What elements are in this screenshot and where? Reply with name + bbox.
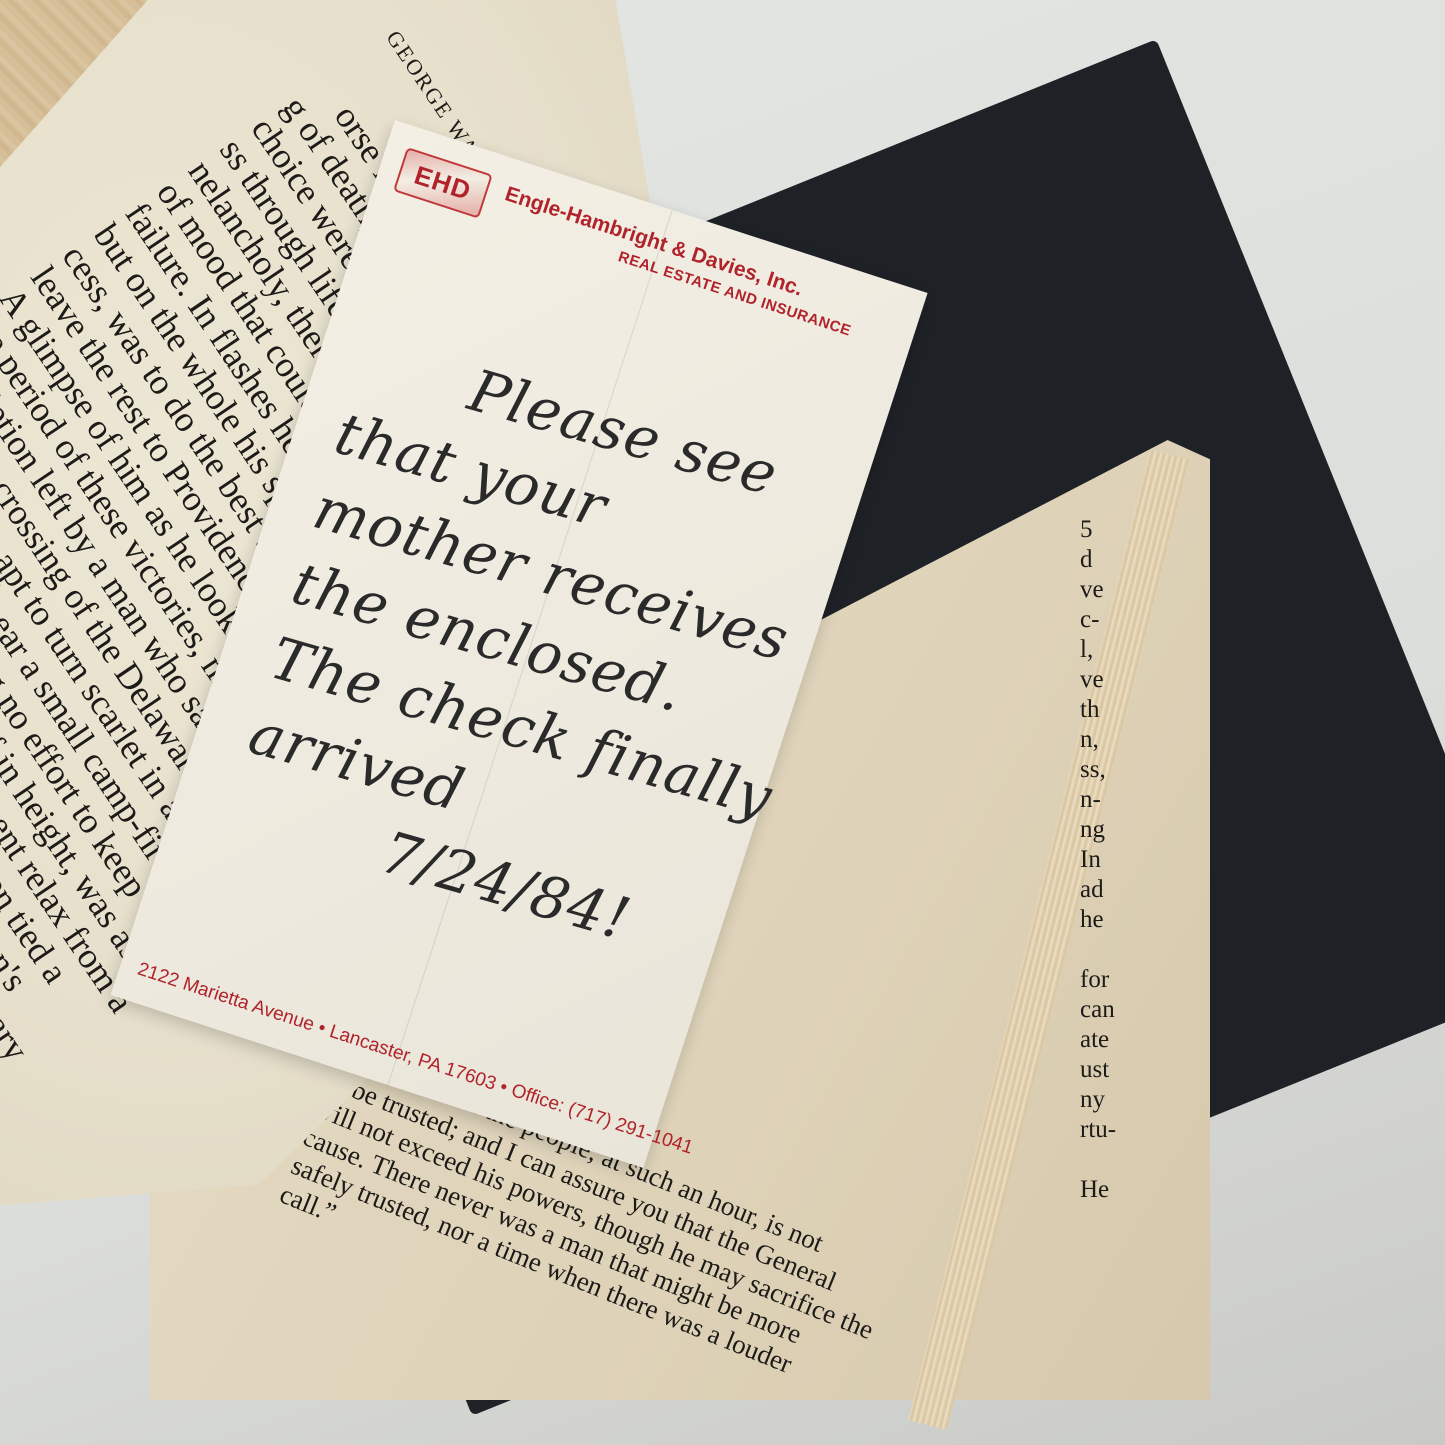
margin-fragment: n- bbox=[1080, 785, 1116, 815]
margin-fragment: n, bbox=[1080, 725, 1116, 755]
margin-fragment: can bbox=[1080, 995, 1116, 1025]
margin-fragment: In bbox=[1080, 845, 1116, 875]
margin-fragment: l, bbox=[1080, 635, 1116, 665]
margin-fragment: he bbox=[1080, 905, 1116, 935]
margin-fragment: rtu- bbox=[1080, 1115, 1116, 1145]
ehd-logo-icon: EHD bbox=[393, 147, 493, 219]
margin-fragment: He bbox=[1080, 1175, 1116, 1205]
photo-scene: 5dvec-l,vethn,ss,n-ngInadhe forcanateust… bbox=[0, 0, 1445, 1445]
margin-fragment: ate bbox=[1080, 1025, 1116, 1055]
margin-fragment: ve bbox=[1080, 665, 1116, 695]
right-page-margin-text: 5dvec-l,vethn,ss,n-ngInadhe forcanateust… bbox=[1080, 515, 1116, 1205]
margin-fragment: ve bbox=[1080, 575, 1116, 605]
margin-fragment: th bbox=[1080, 695, 1116, 725]
margin-fragment: c- bbox=[1080, 605, 1116, 635]
margin-fragment: d bbox=[1080, 545, 1116, 575]
margin-fragment bbox=[1080, 1145, 1116, 1175]
margin-fragment: ss, bbox=[1080, 755, 1116, 785]
margin-fragment bbox=[1080, 935, 1116, 965]
logo-text: EHD bbox=[411, 159, 476, 206]
margin-fragment: for bbox=[1080, 965, 1116, 995]
margin-fragment: ad bbox=[1080, 875, 1116, 905]
margin-fragment: ny bbox=[1080, 1085, 1116, 1115]
margin-fragment: ust bbox=[1080, 1055, 1116, 1085]
margin-fragment: ng bbox=[1080, 815, 1116, 845]
margin-fragment: 5 bbox=[1080, 515, 1116, 545]
